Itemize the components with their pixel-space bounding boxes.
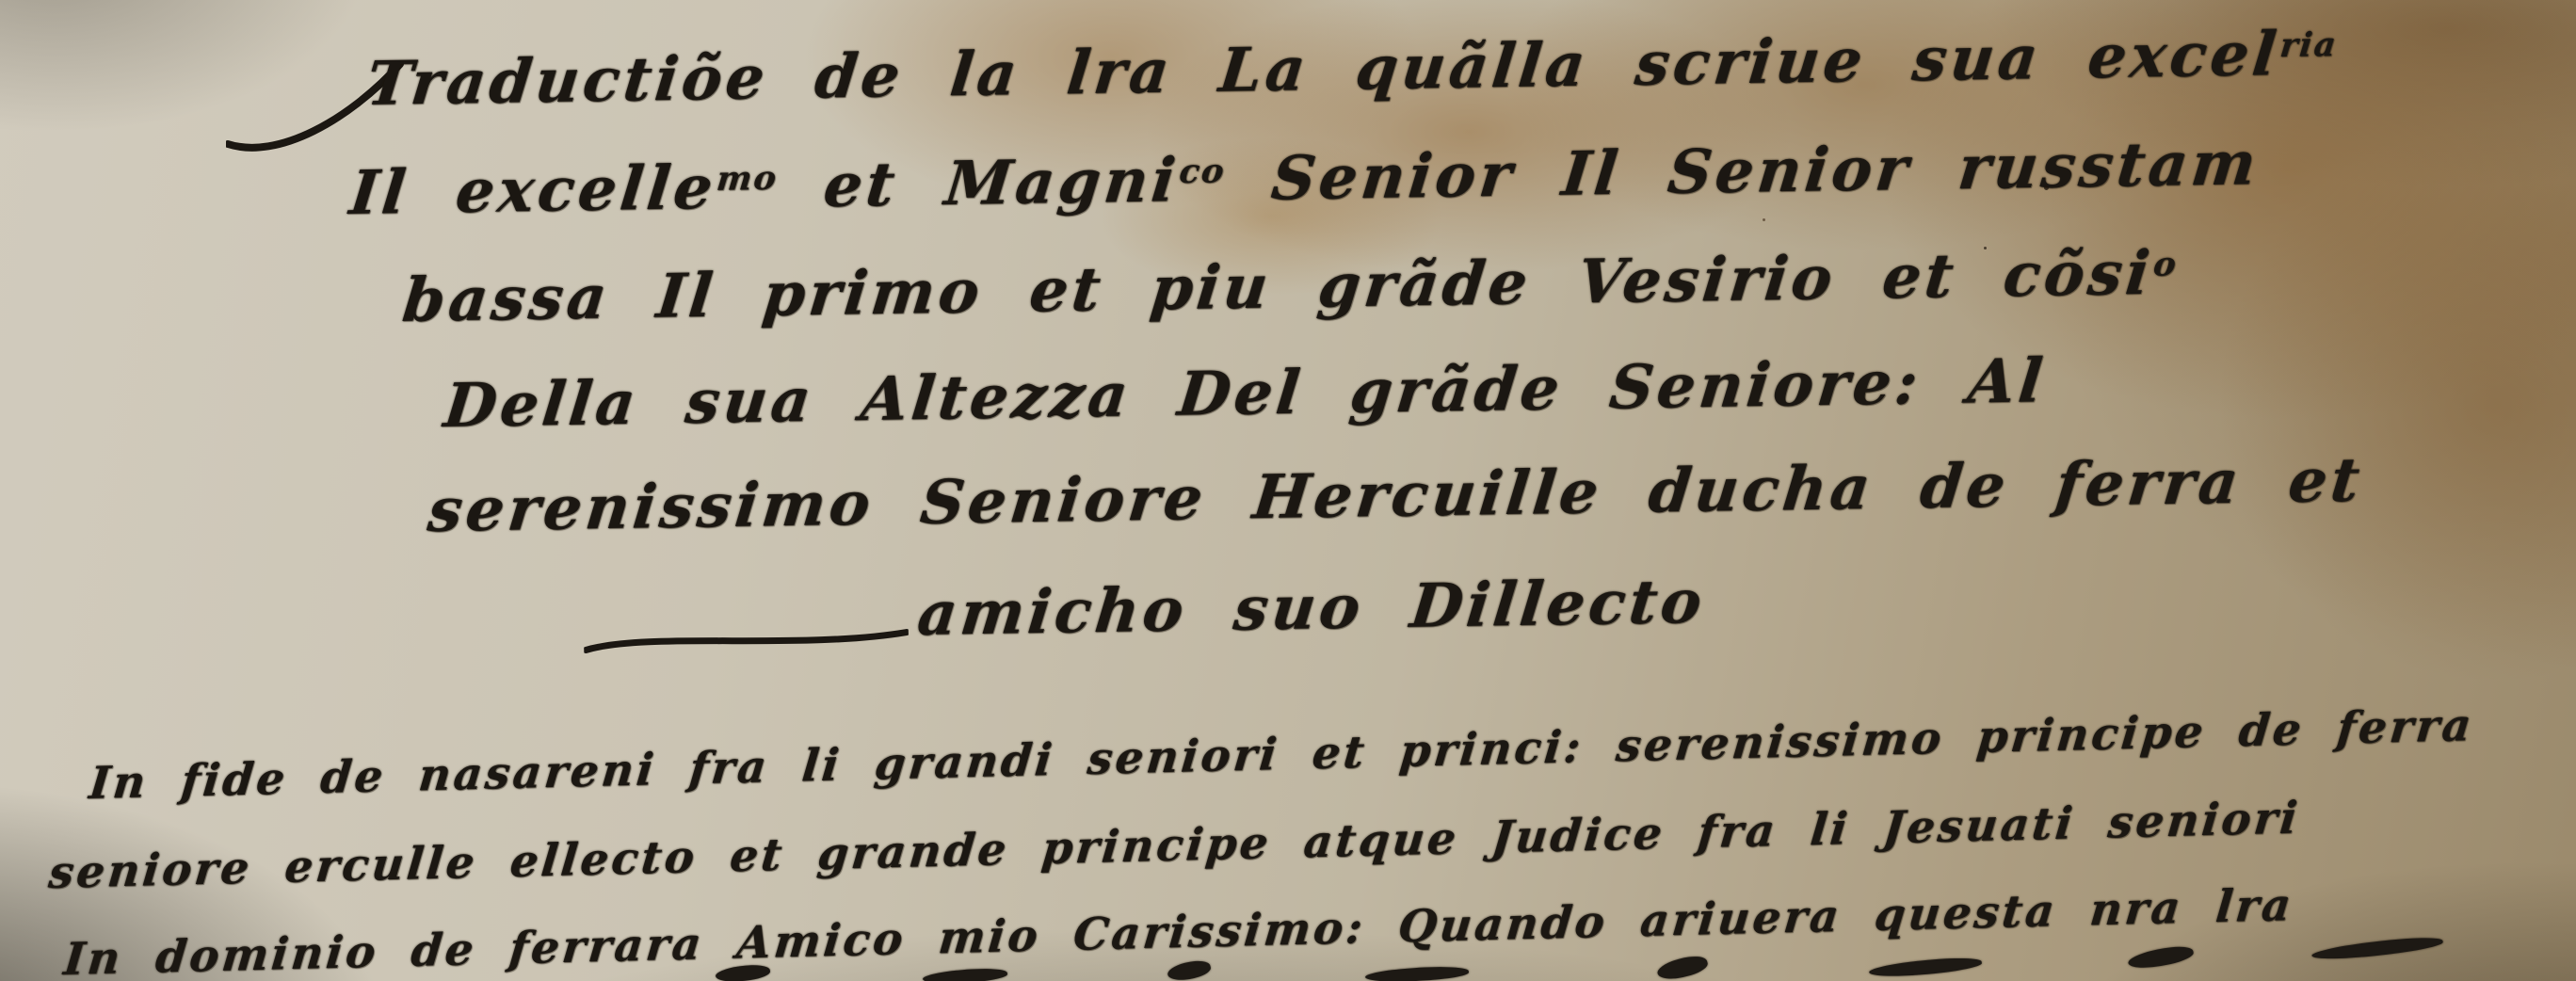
heading-line-3-superscript: o — [2151, 245, 2180, 283]
heading-line-1: Traductiõe de la lra La quãlla scriue su… — [363, 18, 2341, 120]
heading-line-3-text: bassa Il primo et piu grãde Vesirio et c… — [399, 238, 2156, 336]
heading-line-5: serenissimo Seniore Hercuille ducha de f… — [425, 445, 2366, 546]
ink-fragment — [1869, 955, 1983, 980]
heading-line-2-superscript-a: mo — [715, 158, 780, 198]
body-line-1: In fide de nasareni fra li grandi senior… — [87, 700, 2476, 810]
heading-line-2-text-c: Senior Il Senior russtam — [1221, 128, 2263, 215]
ink-fragment — [923, 966, 1008, 981]
manuscript-photo: Traductiõe de la lra La quãlla scriue su… — [0, 0, 2576, 981]
ink-specks — [1817, 160, 1824, 167]
ink-fragment — [2311, 934, 2444, 964]
heading-line-2-superscript-b: co — [1178, 152, 1228, 191]
heading-line-1-text: Traductiõe de la lra La quãlla scriue su… — [363, 19, 2283, 120]
heading-line-2-text-a: Il excelle — [346, 153, 719, 229]
pen-flourish-line — [584, 620, 910, 657]
heading-line-4: Della sua Altezza Del grãde Seniore: Al — [441, 346, 2050, 442]
heading-line-6: amicho suo Dillecto — [914, 567, 1709, 650]
body-line-2: seniore erculle ellecto et grande princi… — [46, 793, 2302, 900]
heading-line-1-superscript: ria — [2278, 25, 2340, 65]
heading-line-3: bassa Il primo et piu grãde Vesirio et c… — [399, 237, 2181, 336]
ink-fragment — [2127, 942, 2195, 973]
heading-line-2-text-b: et Magni — [773, 145, 1183, 222]
heading-line-2: Il excellemo et Magnico Senior Il Senior… — [346, 128, 2262, 229]
ink-fragment — [1365, 964, 1470, 981]
ink-fragment — [1167, 957, 1213, 981]
ink-fragment — [1655, 952, 1709, 981]
